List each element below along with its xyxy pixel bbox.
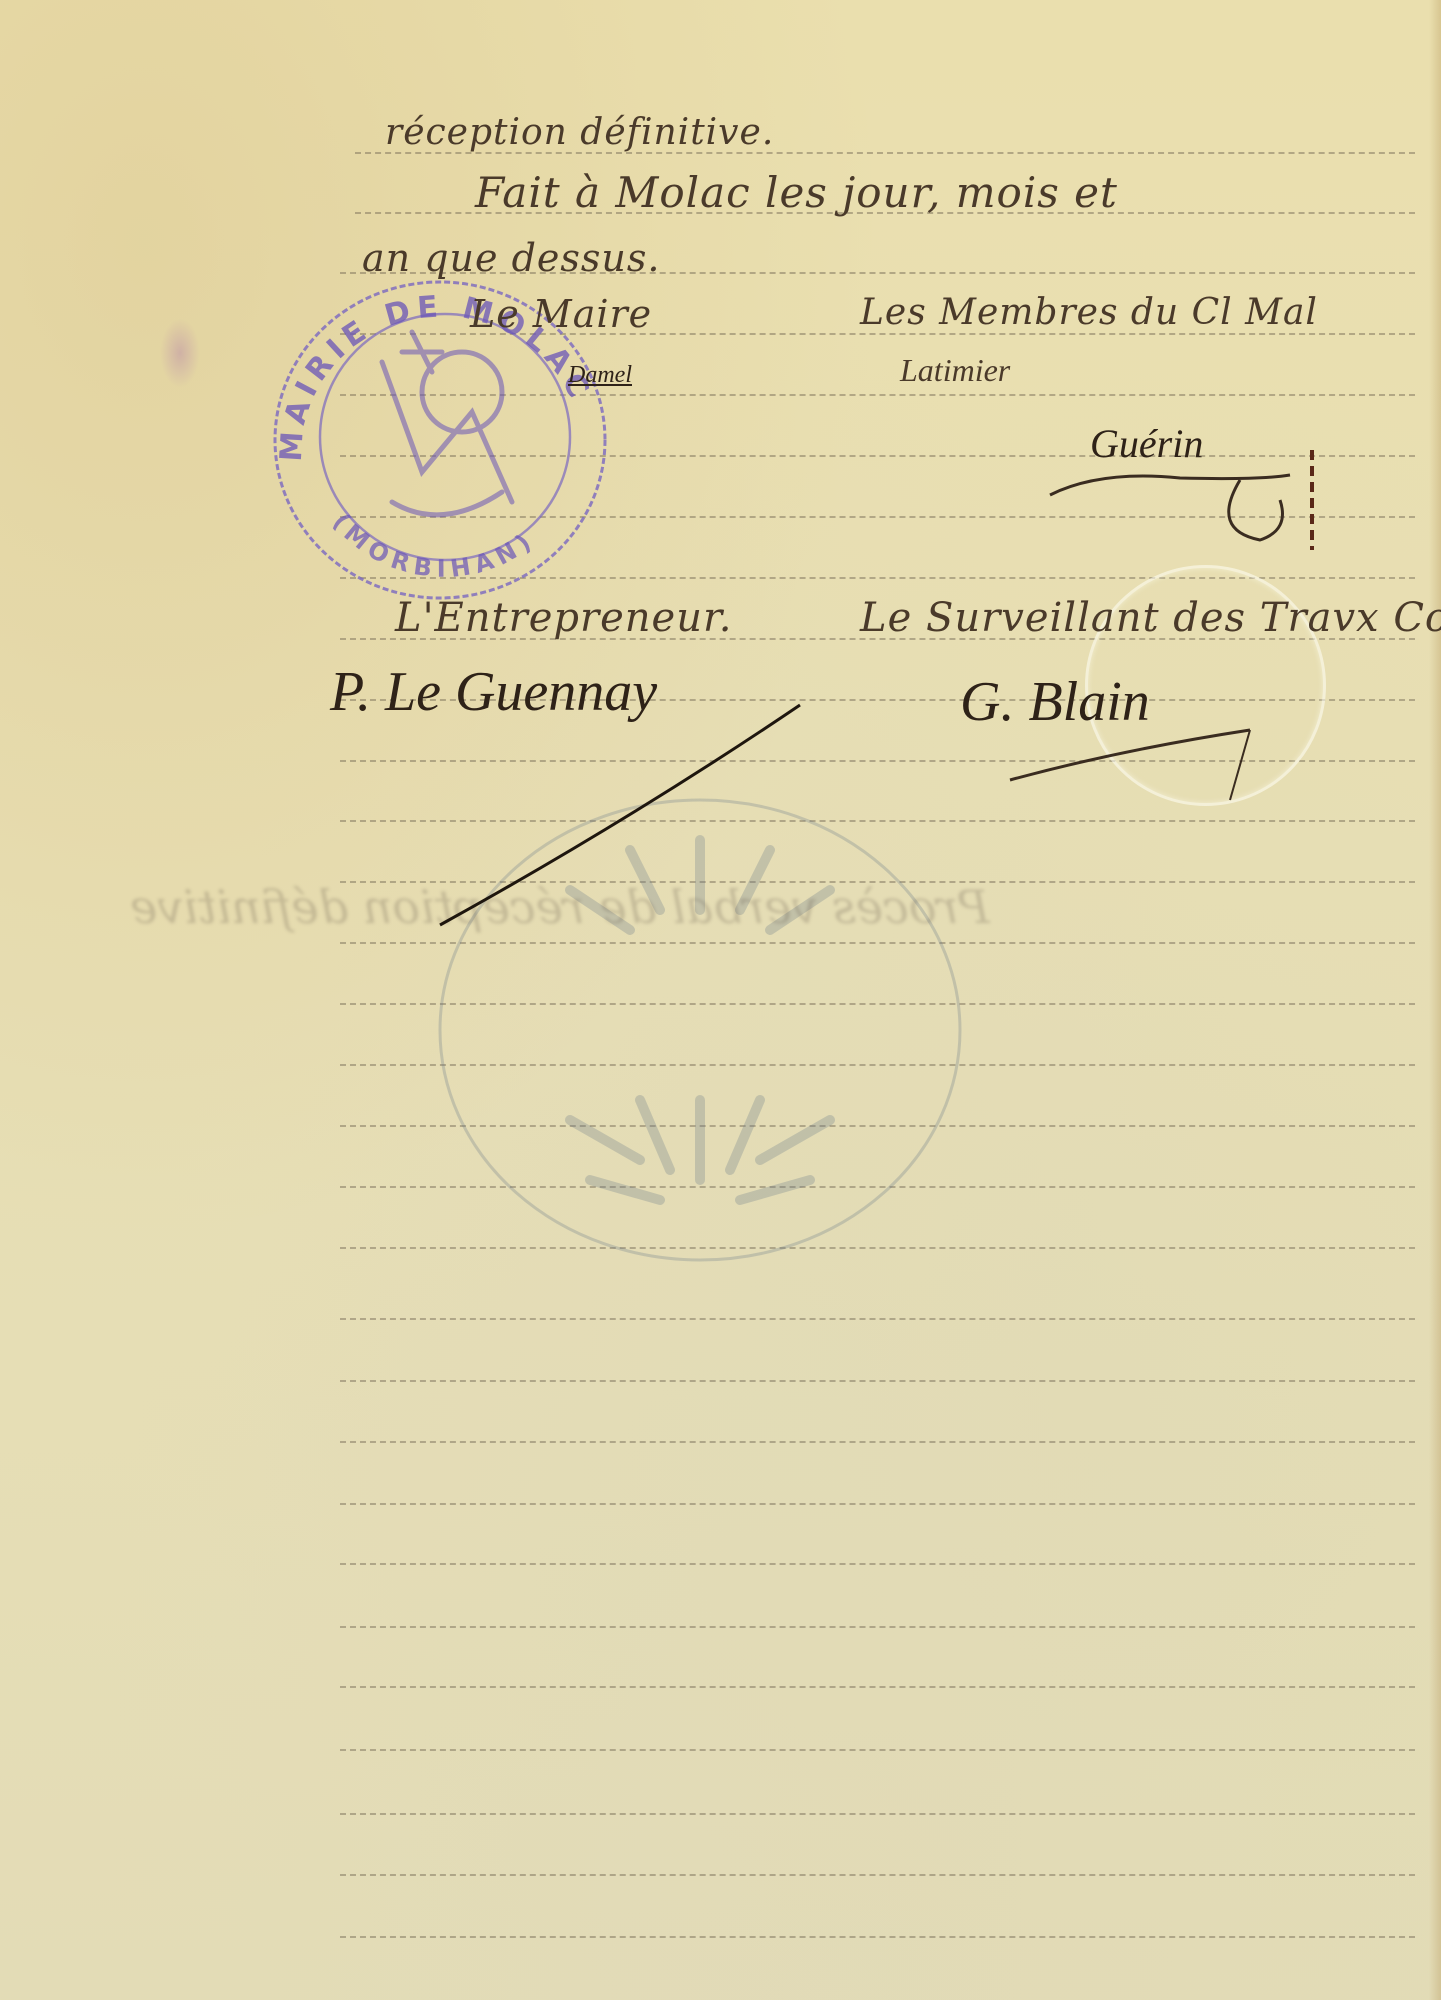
surveillant-title: Le Surveillant des Travx Commx: [860, 595, 1441, 641]
body-line-2: Fait à Molac les jour, mois et: [475, 168, 1118, 217]
svg-text:(MORBIHAN): (MORBIHAN): [327, 508, 541, 583]
ruled-line: [340, 1936, 1415, 1938]
membres-title: Les Membres du Cl Mal: [860, 292, 1318, 333]
ruled-line: [340, 1626, 1415, 1628]
ruled-line: [340, 1441, 1415, 1443]
signature-flourish: [1040, 440, 1340, 550]
page-edge-shadow: [1429, 0, 1441, 2000]
ruled-line: [340, 1563, 1415, 1565]
body-line-3: an que dessus.: [362, 236, 660, 280]
entrepreneur-title: L'Entrepreneur.: [395, 595, 732, 641]
ruled-line: [340, 1686, 1415, 1688]
ink-smudge: [160, 318, 200, 388]
stamp-text-bottom: (MORBIHAN): [327, 508, 541, 583]
ruled-line: [340, 1749, 1415, 1751]
ruled-line: [340, 1380, 1415, 1382]
signature-underline: [1000, 720, 1300, 830]
membres-signature-latimier: Latimier: [900, 352, 1010, 389]
ruled-line: [340, 1318, 1415, 1320]
ruled-line: [340, 1503, 1415, 1505]
maire-signature: Damel: [568, 362, 632, 389]
maire-title: Le Maire: [470, 292, 652, 336]
ruled-line: [340, 1874, 1415, 1876]
signature-stroke: [430, 700, 810, 940]
ruled-line: [340, 1813, 1415, 1815]
body-line-1: réception définitive.: [385, 112, 774, 153]
